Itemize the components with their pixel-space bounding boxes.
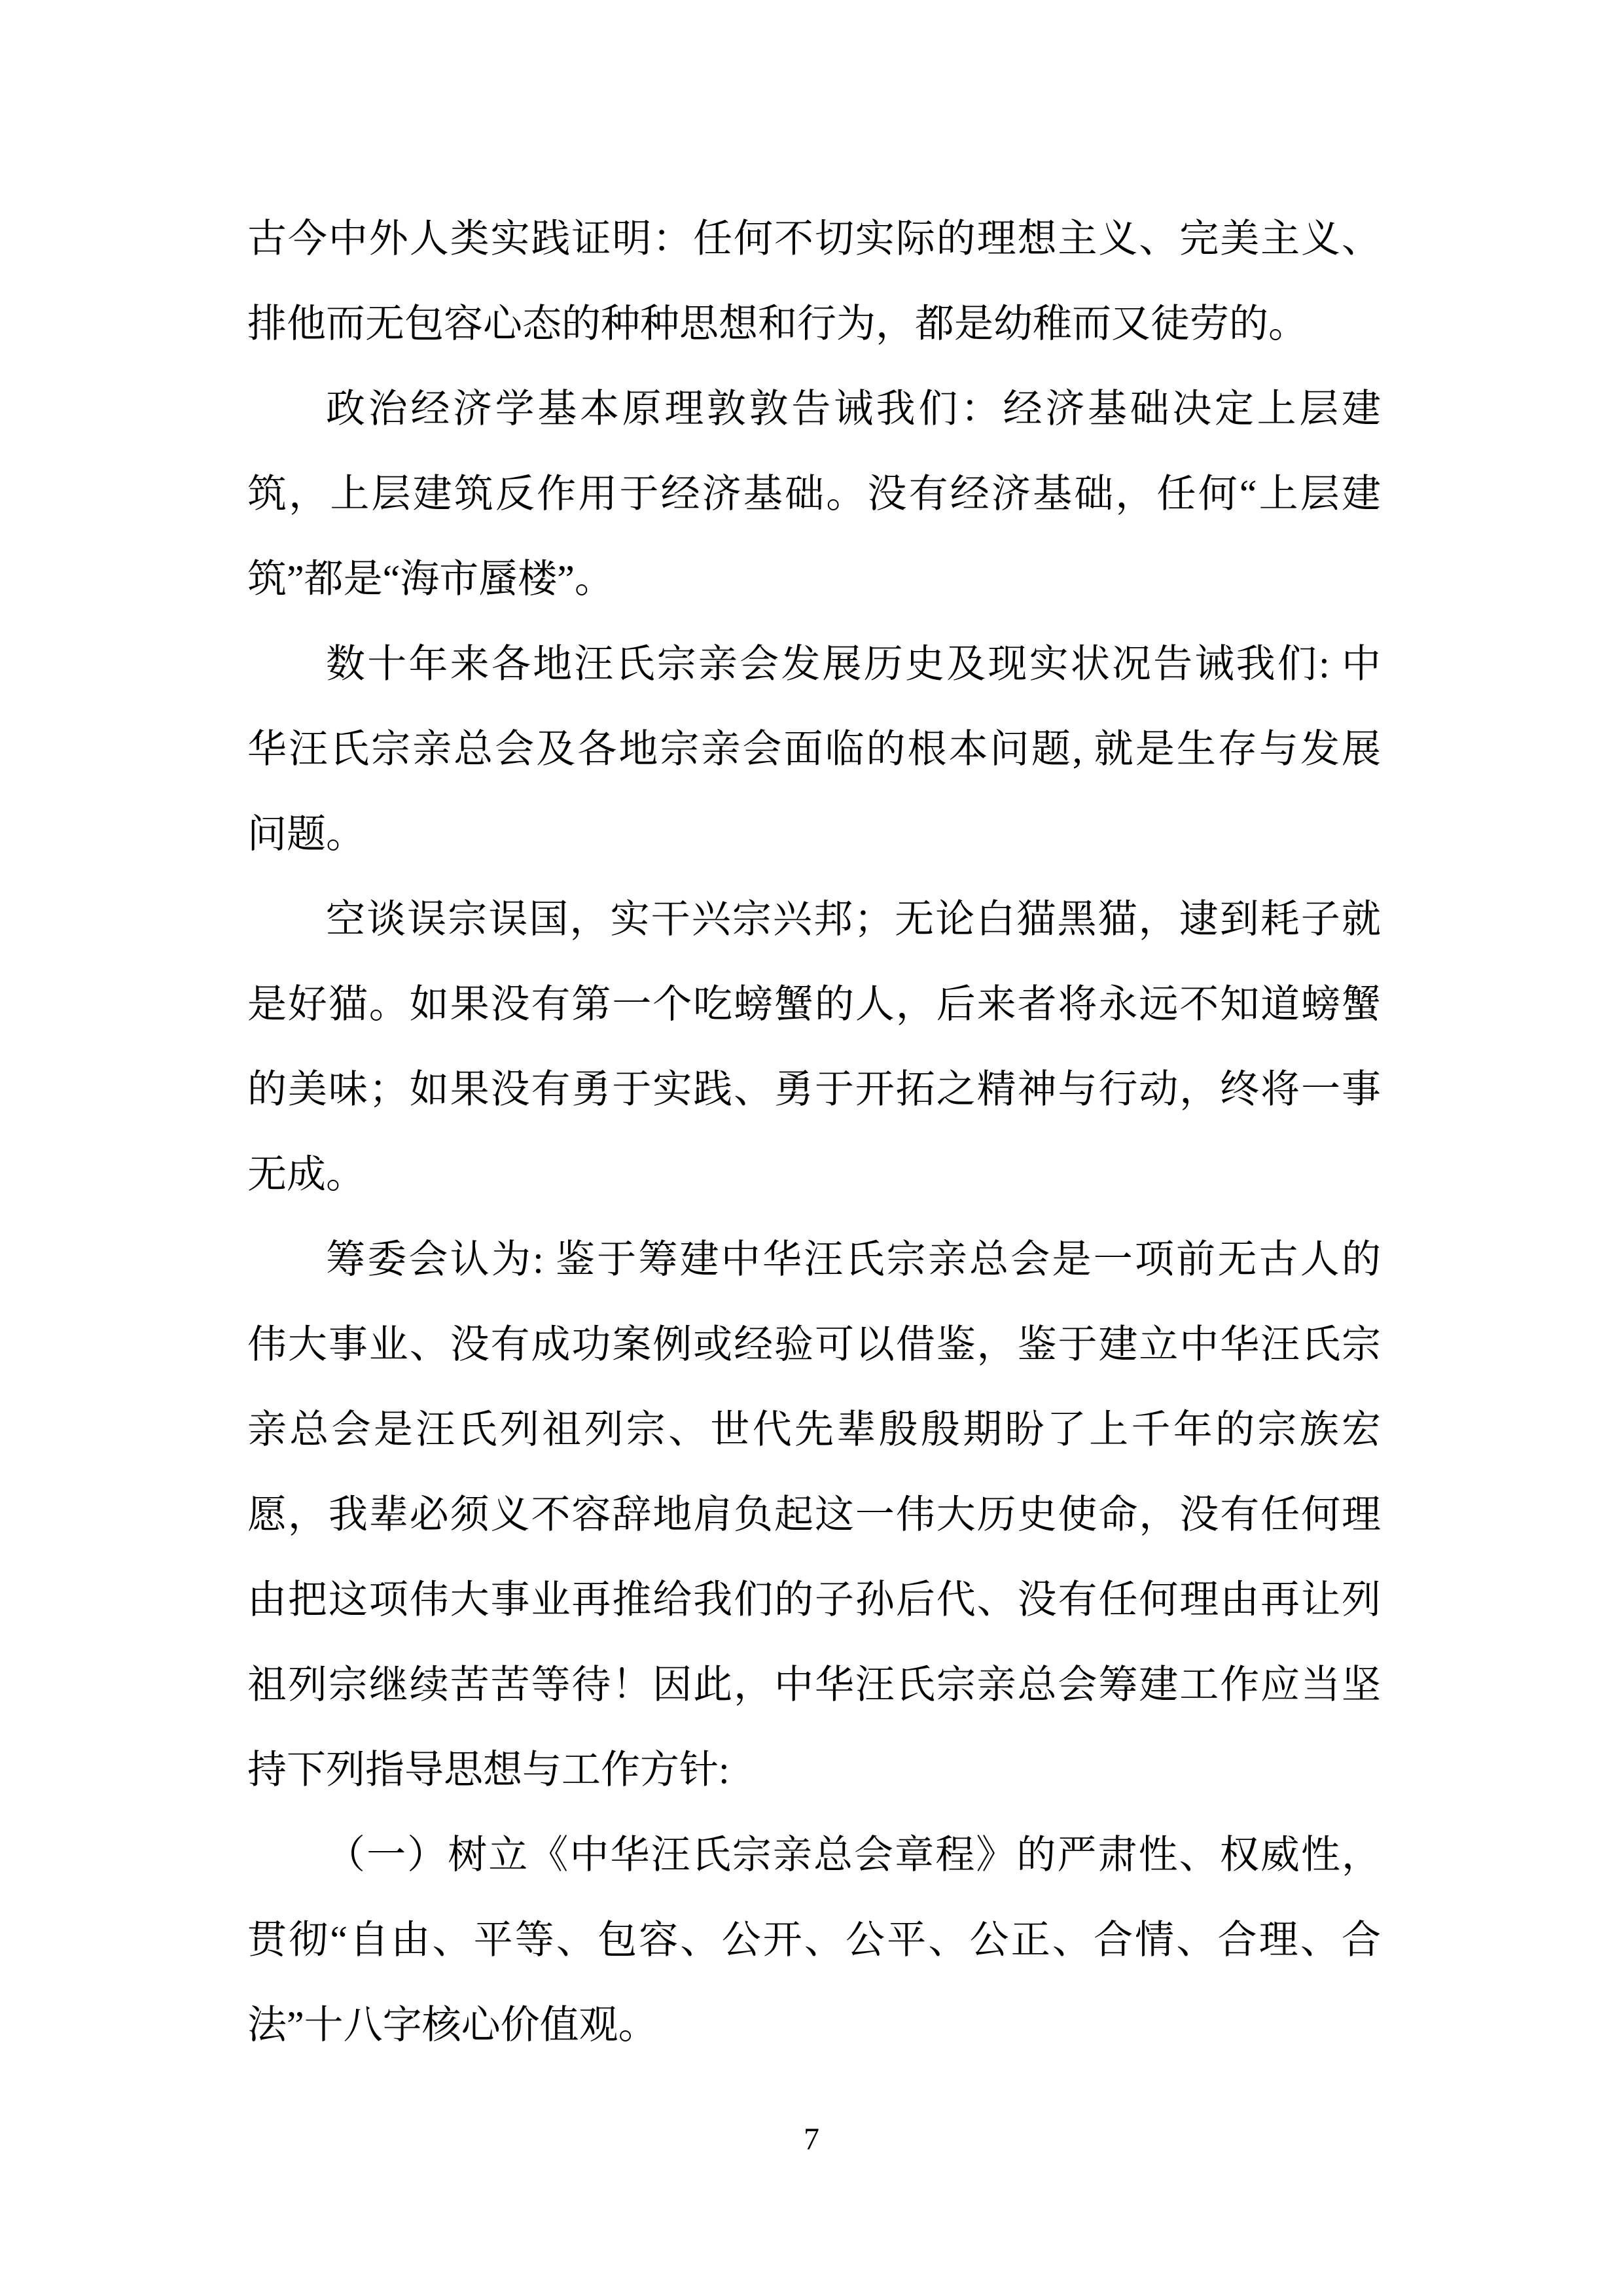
text-line: 数十年来各地汪氏宗亲会发展历史及现实状况告诫我们: 中 — [247, 622, 1381, 707]
text-line: 筑，上层建筑反作用于经济基础。没有经济基础，任何“上层建 — [247, 451, 1381, 537]
text-line: 筹委会认为: 鉴于筹建中华汪氏宗亲总会是一项前无古人的 — [247, 1217, 1381, 1302]
text-line: 古今中外人类实践证明：任何不切实际的理想主义、完美主义、 — [247, 196, 1381, 281]
text-line: 的美味；如果没有勇于实践、勇于开拓之精神与行动，终将一事 — [247, 1047, 1381, 1132]
document-body: 古今中外人类实践证明：任何不切实际的理想主义、完美主义、 排他而无包容心态的种种… — [247, 196, 1381, 2068]
text-line: 由把这项伟大事业再推给我们的子孙后代、没有任何理由再让列 — [247, 1557, 1381, 1642]
text-line: 亲总会是汪氏列祖列宗、世代先辈殷殷期盼了上千年的宗族宏 — [247, 1387, 1381, 1472]
text-line: 祖列宗继续苦苦等待！因此，中华汪氏宗亲总会筹建工作应当坚 — [247, 1642, 1381, 1727]
text-line: （一）树立《中华汪氏宗亲总会章程》的严肃性、权威性， — [247, 1812, 1381, 1898]
text-line: 政治经济学基本原理敦敦告诫我们：经济基础决定上层建 — [247, 366, 1381, 451]
page-number: 7 — [0, 2119, 1623, 2161]
text-line: 愿，我辈必须义不容辞地肩负起这一伟大历史使命，没有任何理 — [247, 1472, 1381, 1557]
text-line: 空谈误宗误国，实干兴宗兴邦；无论白猫黑猫，逮到耗子就 — [247, 877, 1381, 962]
text-line: 贯彻“自由、平等、包容、公开、公平、公正、合情、合理、合 — [247, 1898, 1381, 1983]
text-line: 排他而无包容心态的种种思想和行为，都是幼稚而又徒劳的。 — [247, 281, 1381, 366]
text-line: 问题。 — [247, 792, 1381, 877]
document-page: 古今中外人类实践证明：任何不切实际的理想主义、完美主义、 排他而无包容心态的种种… — [0, 0, 1623, 2296]
text-line: 伟大事业、没有成功案例或经验可以借鉴，鉴于建立中华汪氏宗 — [247, 1302, 1381, 1387]
text-line: 筑”都是“海市蜃楼”。 — [247, 537, 1381, 622]
text-line: 法”十八字核心价值观。 — [247, 1983, 1381, 2068]
text-line: 是好猫。如果没有第一个吃螃蟹的人，后来者将永远不知道螃蟹 — [247, 962, 1381, 1047]
text-line: 无成。 — [247, 1132, 1381, 1217]
text-line: 华汪氏宗亲总会及各地宗亲会面临的根本问题, 就是生存与发展 — [247, 707, 1381, 792]
text-line: 持下列指导思想与工作方针: — [247, 1727, 1381, 1812]
